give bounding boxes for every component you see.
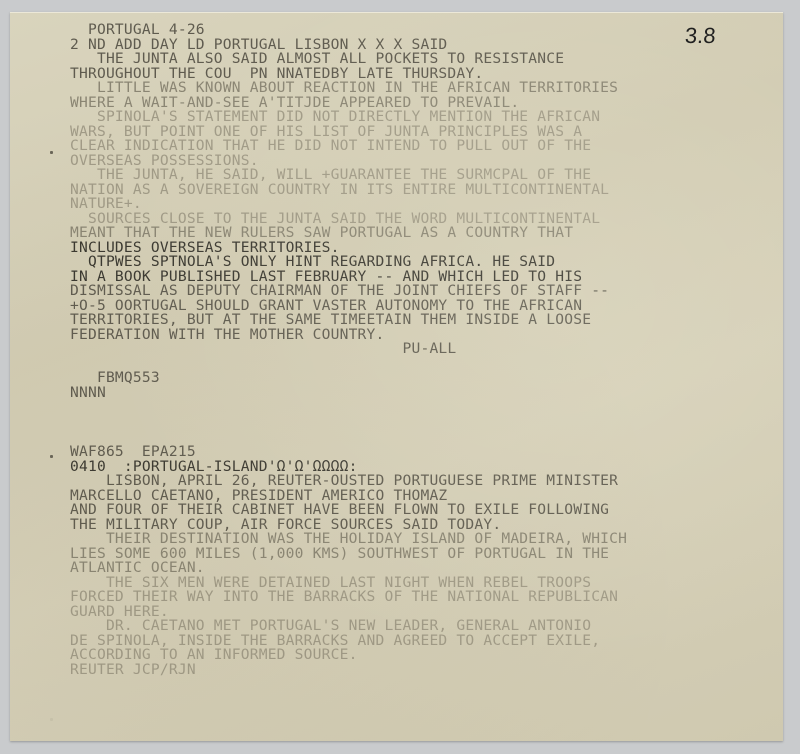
text-line: NNNN — [70, 386, 618, 401]
text-line: NATION AS A SOVEREIGN COUNTRY IN ITS ENT… — [70, 183, 618, 198]
text-line: FBMQ553 — [70, 371, 618, 386]
margin-punch-mark — [50, 718, 53, 721]
wire-copy-sheet: 3.8 PORTUGAL 4-262 ND ADD DAY LD PORTUGA… — [10, 12, 783, 741]
handwritten-page-number: 3.8 — [684, 23, 716, 49]
text-line: REUTER JCP/RJN — [70, 663, 627, 678]
margin-punch-mark — [50, 455, 53, 458]
wire-story-portugal-island: WAF865 EPA2150410 :PORTUGAL-ISLAND'Ω'Ω'Ω… — [70, 445, 627, 677]
margin-punch-mark — [50, 151, 53, 154]
wire-story-portugal-junta: PORTUGAL 4-262 ND ADD DAY LD PORTUGAL LI… — [70, 23, 618, 400]
text-line: PU-ALL — [70, 342, 618, 357]
